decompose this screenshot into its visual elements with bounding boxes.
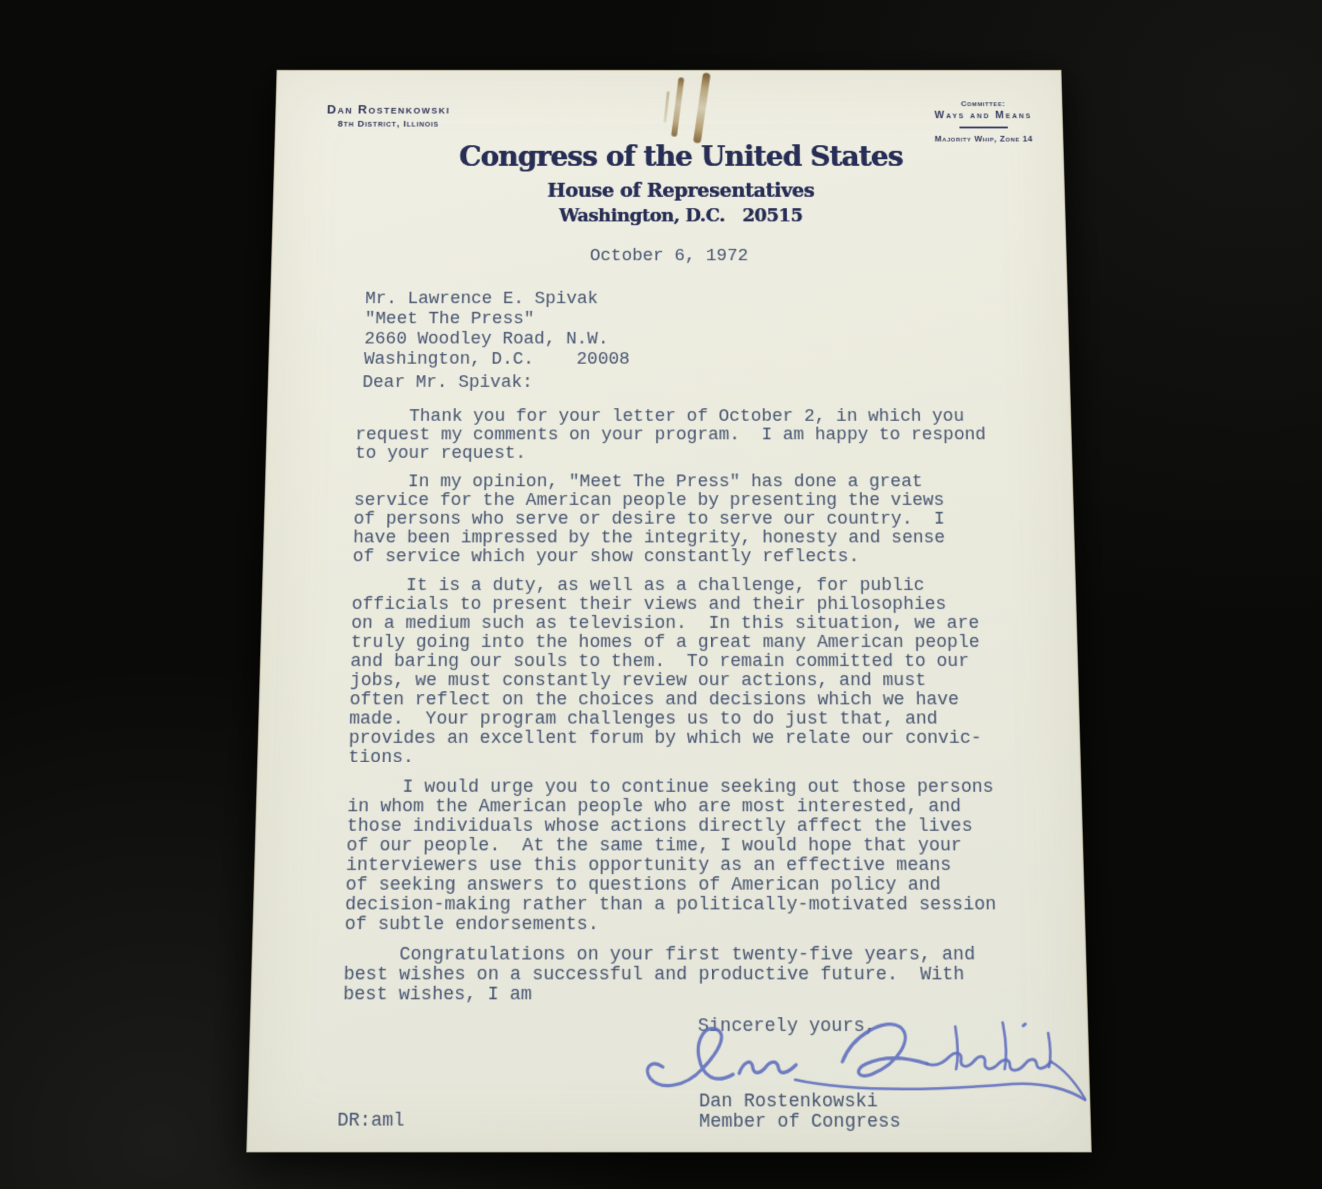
signature-stroke (648, 1028, 797, 1085)
paragraph: I would urge you to continue seeking out… (344, 779, 1020, 936)
committee-label: Committee: (891, 100, 1075, 108)
stain-mark (671, 77, 684, 137)
paragraph: It is a duty, as well as a challenge, fo… (348, 577, 1016, 768)
recipient-line: 2660 Woodley Road, N.W. (364, 330, 630, 350)
member-name: Dan Rostenkowski (297, 102, 481, 116)
signature-stroke (795, 1080, 1085, 1100)
signature-stroke (842, 1024, 927, 1076)
letterhead-member-block: Dan Rostenkowski 8th District, Illinois (296, 102, 480, 129)
letter-body: Thank you for your letter of October 2, … (343, 408, 1022, 1016)
salutation: Dear Mr. Spivak: (362, 373, 533, 392)
photo-background: Dan Rostenkowski 8th District, Illinois … (0, 0, 1322, 1189)
recipient-line: "Meet The Press" (365, 310, 630, 330)
city-line: Washington, D.C. 20515 (285, 208, 1077, 225)
letter-paper: Dan Rostenkowski 8th District, Illinois … (246, 70, 1091, 1152)
majority-whip-line: Majority Whip, Zone 14 (892, 134, 1076, 143)
signer-typed-title: Member of Congress (699, 1112, 901, 1133)
recipient-line: Washington, D.C. 20008 (364, 350, 630, 370)
member-district: 8th District, Illinois (296, 119, 480, 129)
signature-stroke (1051, 1062, 1085, 1099)
stain-mark (663, 91, 669, 123)
letterhead-committee-block: Committee: Ways and Means Majority Whip,… (891, 100, 1076, 143)
letterhead-masthead: Congress of the United States House of R… (285, 143, 1077, 225)
paragraph: In my opinion, "Meet The Press" has done… (353, 474, 1012, 568)
paragraph: Congratulations on your first twenty-fiv… (343, 946, 1022, 1006)
handwritten-signature (640, 1014, 1089, 1107)
signature-stroke (1023, 1024, 1025, 1026)
house-title: House of Representatives (286, 181, 1076, 200)
recipient-address-block: Mr. Lawrence E. Spivak "Meet The Press" … (364, 290, 630, 371)
letter-date: October 6, 1972 (272, 247, 1066, 266)
signature-stroke (927, 1053, 1051, 1070)
congress-title: Congress of the United States (286, 143, 1075, 170)
committee-divider (959, 127, 1007, 128)
committee-name: Ways and Means (891, 110, 1075, 121)
recipient-line: Mr. Lawrence E. Spivak (365, 290, 630, 310)
stain-mark (693, 72, 711, 143)
paragraph: Thank you for your letter of October 2, … (355, 408, 1009, 464)
reference-initials: DR:aml (337, 1111, 405, 1132)
